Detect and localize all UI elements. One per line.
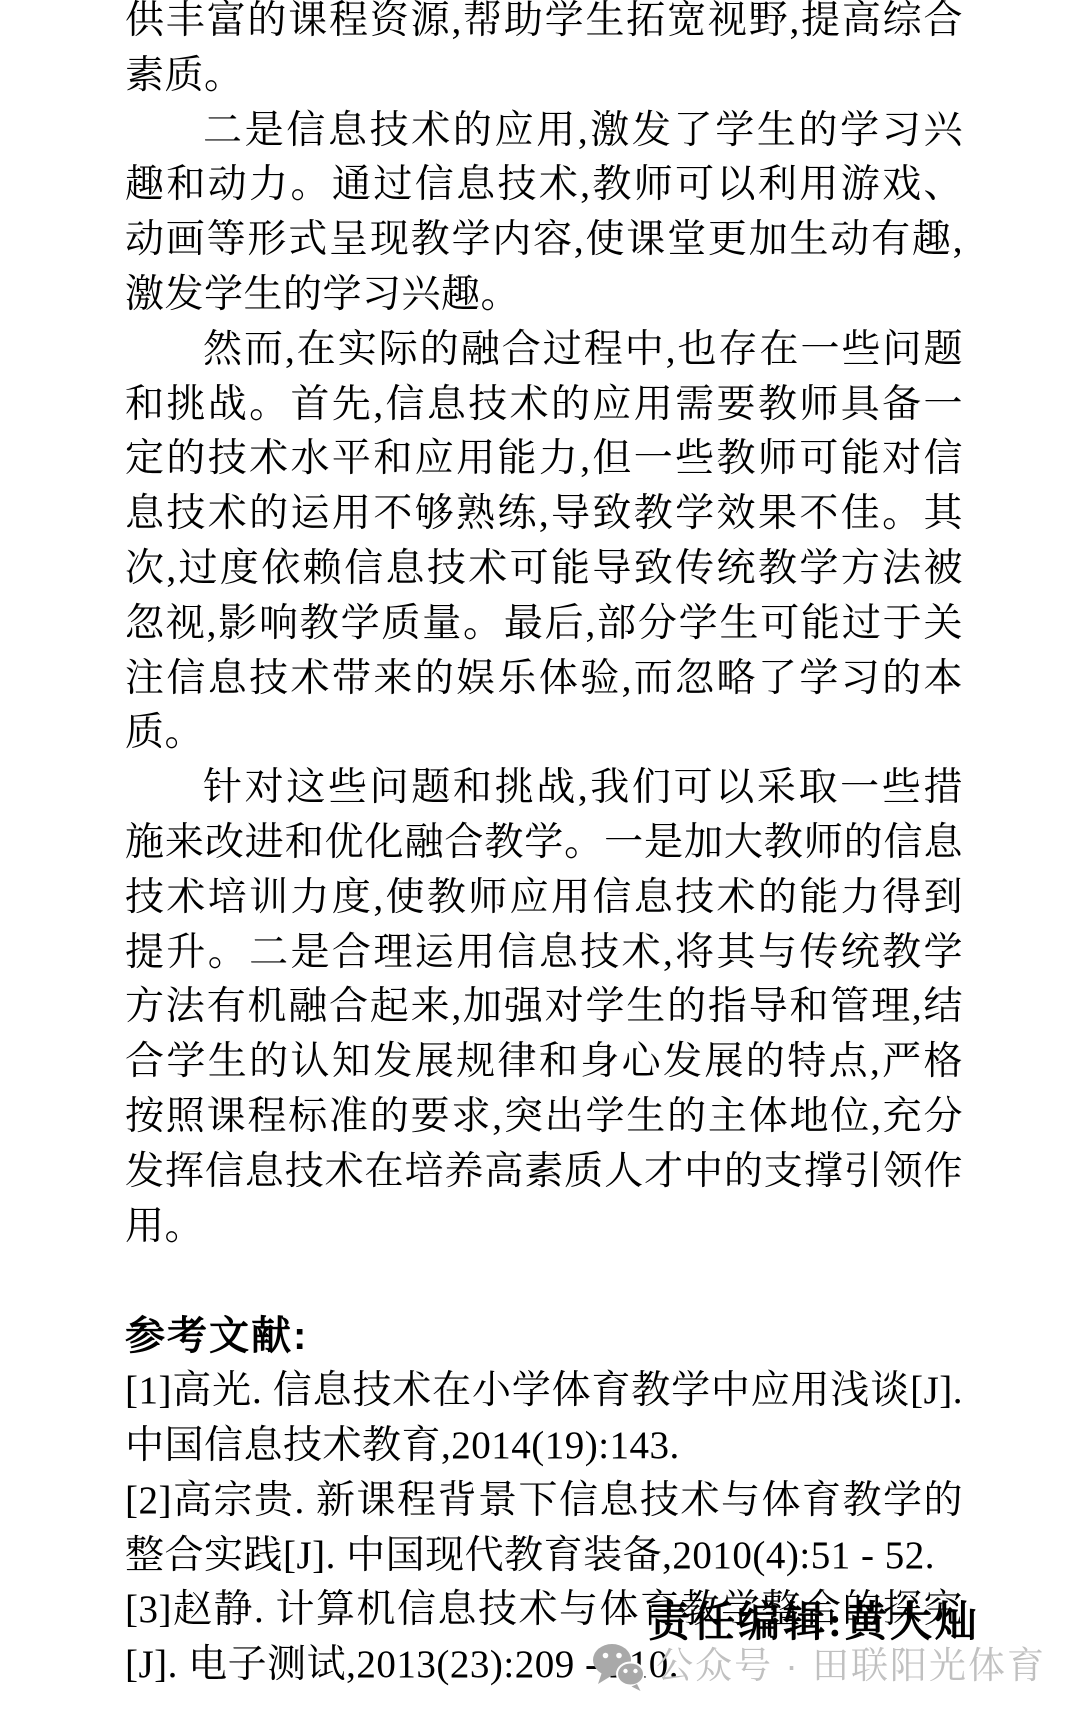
body-paragraph: 针对这些问题和挑战,我们可以采取一些措施来改进和优化融合教学。一是加大教师的信息…	[125, 761, 963, 1254]
editor-credit: 责任编辑:黄大灿	[648, 1600, 980, 1646]
section-gap	[125, 1254, 963, 1309]
watermark-text: 公众号 · 田联阳光体育	[656, 1644, 1046, 1688]
body-paragraph: 然而,在实际的融合过程中,也存在一些问题和挑战。首先,信息技术的应用需要教师具备…	[125, 323, 963, 761]
body-paragraph: 二是信息技术的应用,激发了学生的学习兴趣和动力。通过信息技术,教师可以利用游戏、…	[125, 104, 963, 323]
wechat-watermark: 公众号 · 田联阳光体育	[592, 1641, 1046, 1691]
wechat-icon	[592, 1641, 644, 1691]
article-body: 供丰富的课程资源,帮助学生拓宽视野,提高综合素质。 二是信息技术的应用,激发了学…	[125, 0, 963, 1693]
body-paragraph: 供丰富的课程资源,帮助学生拓宽视野,提高综合素质。	[125, 0, 963, 104]
reference-item: [2]高宗贵. 新课程背景下信息技术与体育教学的整合实践[J]. 中国现代教育装…	[125, 1474, 963, 1584]
scanned-article-page: 供丰富的课程资源,帮助学生拓宽视野,提高综合素质。 二是信息技术的应用,激发了学…	[0, 0, 1080, 1710]
references-heading: 参考文献:	[125, 1309, 963, 1364]
reference-item: [1]高光. 信息技术在小学体育教学中应用浅谈[J]. 中国信息技术教育,201…	[125, 1364, 963, 1474]
